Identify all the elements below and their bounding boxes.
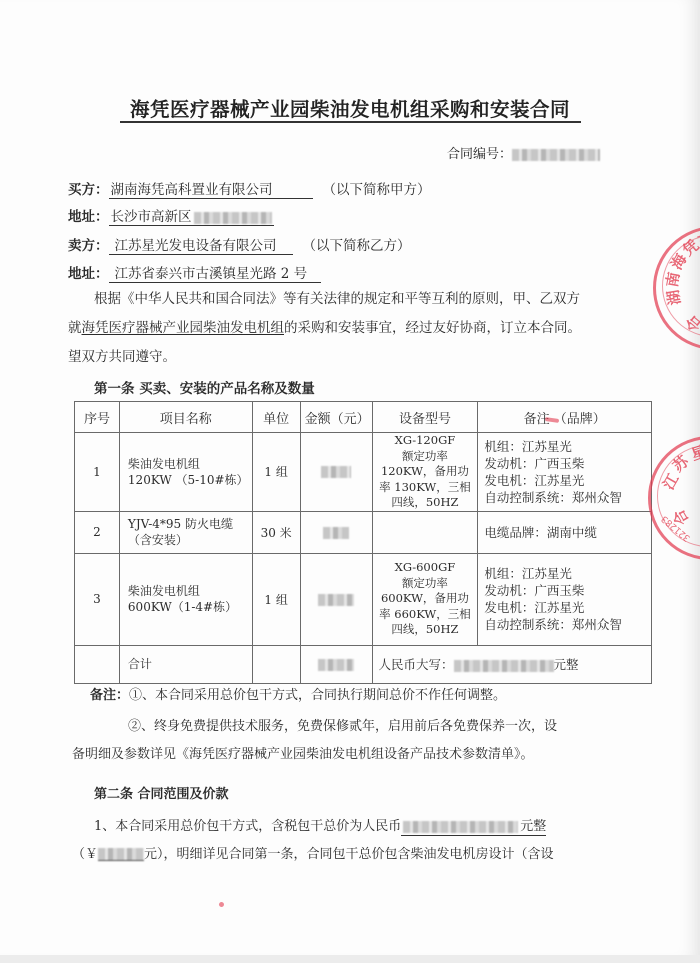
row-unit: 1 组 <box>252 553 300 645</box>
seller-company-seal: 江 苏 星 合 321283 <box>648 436 700 560</box>
seller-address-line: 地址：江苏省泰兴市古溪镇星光路 2 号 <box>68 262 321 283</box>
model-line: 四线，50HZ <box>377 495 474 511</box>
preamble-prefix: 就 <box>68 320 82 336</box>
article-2-line-2: （￥元），明细详见合同第一条，合同包干总价包含柴油发电机房设计（含设 <box>72 840 554 869</box>
price-text-prefix: 1、本合同采用总价包干方式，含税包干总价为人民币 <box>94 819 401 834</box>
row-brand: 电缆品牌：湖南中缆 <box>478 511 652 553</box>
buyer-label: 买方： <box>68 182 109 198</box>
header-remark-brand: 备注 （品牌） <box>478 402 652 433</box>
model-line: 率 130KW，三相 <box>377 480 474 496</box>
contract-number-label: 合同编号： <box>447 147 512 162</box>
title-underline <box>120 121 581 123</box>
table-row: 1 柴油发电机组120KW （5-10#栋） 1 组 XG-120GF 额定功率… <box>75 433 652 512</box>
brand-line: 电缆品牌：湖南中缆 <box>484 524 647 541</box>
article-1-heading: 第一条 买卖、安装的产品名称及数量 <box>94 377 315 397</box>
price-number-suffix: 元），明细详见合同第一条，合同包干总价包含柴油发电机房设计（含设 <box>144 847 554 862</box>
row-no: 1 <box>75 433 120 512</box>
buyer-address-value: 长沙市高新区 <box>109 209 274 226</box>
model-line: 率 660KW，三相 <box>377 607 474 623</box>
preamble-line-2: 就海凭医疗器械产业园柴油发电机组的采购和安装事宜，经过友好协商，订立本合同。 <box>68 314 581 343</box>
amount-redacted <box>321 466 351 478</box>
model-line: XG-600GF <box>377 560 474 576</box>
price-number-prefix: （￥ <box>72 847 98 862</box>
table-row: 2 YJV-4*95 防火电缆（含安装） 30 米 电缆品牌：湖南中缆 <box>75 511 652 553</box>
row-unit: 30 米 <box>252 511 300 553</box>
remark-item-2-line-2: 备明细及参数详见《海凭医疗器械产业园柴油发电机组设备产品技术参数清单》。 <box>72 741 534 768</box>
buyer-line: 买方：湖南海凭高科置业有限公司（以下简称甲方） <box>68 178 431 199</box>
row-model: XG-600GF 额定功率 600KW，备用功 率 660KW，三相 四线，50… <box>372 553 478 645</box>
model-line: 120KW，备用功 <box>377 464 474 480</box>
brand-line: 发动机：广西玉柴 <box>484 582 647 599</box>
article-2-line-1: 1、本合同采用总价包干方式，含税包干总价为人民币元整 <box>94 812 546 841</box>
model-line: 四线，50HZ <box>377 622 474 638</box>
header-model: 设备型号 <box>372 402 478 433</box>
row-amount <box>300 433 372 512</box>
row-no: 3 <box>75 553 120 645</box>
row-unit: 1 组 <box>252 433 300 512</box>
items-table: 序号 项目名称 单位 金额（元） 设备型号 备注 （品牌） 1 柴油发电机组12… <box>74 401 652 684</box>
preamble-line-1: 根据《中华人民共和国合同法》等有关法律的规定和平等互利的原则，甲、乙双方 <box>94 285 580 314</box>
buyer-company-seal: 湖 南 海 凭 高 合 <box>653 226 700 350</box>
total-amount-in-words: 人民币大写：元整 <box>372 645 651 683</box>
remark-item-2-line-1: ②、终身免费提供技术服务，免费保修贰年，启用前后各免费保养一次，设 <box>128 713 557 740</box>
buyer-name: 湖南海凭高科置业有限公司 <box>109 182 313 199</box>
row-brand: 机组：江苏星光 发动机：广西玉柴 发电机：江苏星光 自动控制系统：郑州众智 <box>478 553 652 645</box>
red-ink-dot <box>219 902 225 908</box>
remark-text-1: ①、本合同采用总价包干方式，合同执行期间总价不作任何调整。 <box>129 688 506 703</box>
amount-redacted <box>318 594 354 606</box>
brand-line: 机组：江苏星光 <box>484 438 647 455</box>
amount-in-words-label: 人民币大写： <box>379 657 454 672</box>
total-price-redacted <box>403 821 518 833</box>
contract-number-redacted <box>512 149 600 161</box>
seller-line: 卖方：江苏星光发电设备有限公司（以下简称乙方） <box>68 234 411 255</box>
row-model <box>372 511 478 553</box>
seller-address-value: 江苏省泰兴市古溪镇星光路 2 号 <box>109 266 322 283</box>
item-name-line: YJV-4*95 防火电缆 <box>128 516 248 532</box>
row-no: 2 <box>75 511 120 553</box>
buyer-alias-note: （以下简称甲方） <box>323 182 431 198</box>
header-amount: 金额（元） <box>300 402 372 433</box>
row-amount <box>300 553 372 645</box>
buyer-address-label: 地址： <box>68 209 109 225</box>
table-header-row: 序号 项目名称 单位 金额（元） 设备型号 备注 （品牌） <box>75 402 652 433</box>
table-total-row: 合计 人民币大写：元整 <box>75 645 652 683</box>
model-line: 额定功率 <box>377 576 474 592</box>
brand-line: 自动控制系统：郑州众智 <box>484 616 647 633</box>
model-line: 600KW，备用功 <box>377 591 474 607</box>
seller-alias-note: （以下简称乙方） <box>303 238 411 254</box>
project-name-underlined: 海凭医疗器械产业园柴油发电机组 <box>82 320 285 336</box>
remark-item-1: 备注：①、本合同采用总价包干方式，合同执行期间总价不作任何调整。 <box>90 682 506 709</box>
remark-label: 备注： <box>90 688 129 703</box>
contract-number: 合同编号： <box>447 143 600 162</box>
header-item-name: 项目名称 <box>119 402 252 433</box>
row-item-name: YJV-4*95 防火电缆（含安装） <box>119 511 252 553</box>
buyer-address-line: 地址：长沙市高新区 <box>68 205 274 226</box>
seller-label: 卖方： <box>68 238 109 254</box>
price-text-suffix: 元整 <box>520 819 546 834</box>
total-amount <box>300 645 372 683</box>
contract-page: 海凭医疗器械产业园柴油发电机组采购和安装合同 合同编号： 买方：湖南海凭高科置业… <box>0 0 700 955</box>
buyer-address-redacted <box>194 212 272 224</box>
item-spec-line: 120KW （5-10#栋） <box>128 472 248 488</box>
total-unit <box>252 645 300 683</box>
article-2-heading: 第二条 合同范围及价款 <box>94 783 229 802</box>
row-amount <box>300 511 372 553</box>
amount-in-words-redacted <box>454 660 554 672</box>
header-unit: 单位 <box>252 402 300 433</box>
document-title: 海凭医疗器械产业园柴油发电机组采购和安装合同 <box>0 94 700 122</box>
brand-line: 发电机：江苏星光 <box>484 472 647 489</box>
item-spec-line: （含安装） <box>128 532 248 548</box>
row-item-name: 柴油发电机组600KW（1-4#栋） <box>119 553 252 645</box>
amount-in-words-suffix: 元整 <box>554 657 579 672</box>
preamble-line-3: 望双方共同遵守。 <box>68 343 176 372</box>
header-no: 序号 <box>75 402 120 433</box>
row-item-name: 柴油发电机组120KW （5-10#栋） <box>119 433 252 512</box>
buyer-address-text: 长沙市高新区 <box>111 209 192 225</box>
item-name-line: 柴油发电机组 <box>128 456 248 472</box>
model-line: 额定功率 <box>377 449 474 465</box>
seller-address-label: 地址： <box>68 266 109 282</box>
total-amount-redacted <box>318 659 354 671</box>
preamble-suffix: 的采购和安装事宜，经过友好协商，订立本合同。 <box>284 320 581 336</box>
seller-name: 江苏星光发电设备有限公司 <box>109 238 293 255</box>
model-line: XG-120GF <box>377 433 474 449</box>
row-brand: 机组：江苏星光 发动机：广西玉柴 发电机：江苏星光 自动控制系统：郑州众智 <box>478 433 652 512</box>
total-label: 合计 <box>119 645 252 683</box>
item-name-line: 柴油发电机组 <box>128 583 248 599</box>
brand-line: 发动机：广西玉柴 <box>484 455 647 472</box>
brand-line: 发电机：江苏星光 <box>484 599 647 616</box>
amount-redacted <box>323 527 349 539</box>
table-row: 3 柴油发电机组600KW（1-4#栋） 1 组 XG-600GF 额定功率 6… <box>75 553 652 645</box>
price-number-redacted <box>98 848 144 861</box>
total-no <box>75 645 120 683</box>
row-model: XG-120GF 额定功率 120KW，备用功 率 130KW，三相 四线，50… <box>372 433 478 512</box>
item-spec-line: 600KW（1-4#栋） <box>128 599 248 615</box>
brand-line: 机组：江苏星光 <box>484 565 647 582</box>
brand-line: 自动控制系统：郑州众智 <box>484 489 647 506</box>
